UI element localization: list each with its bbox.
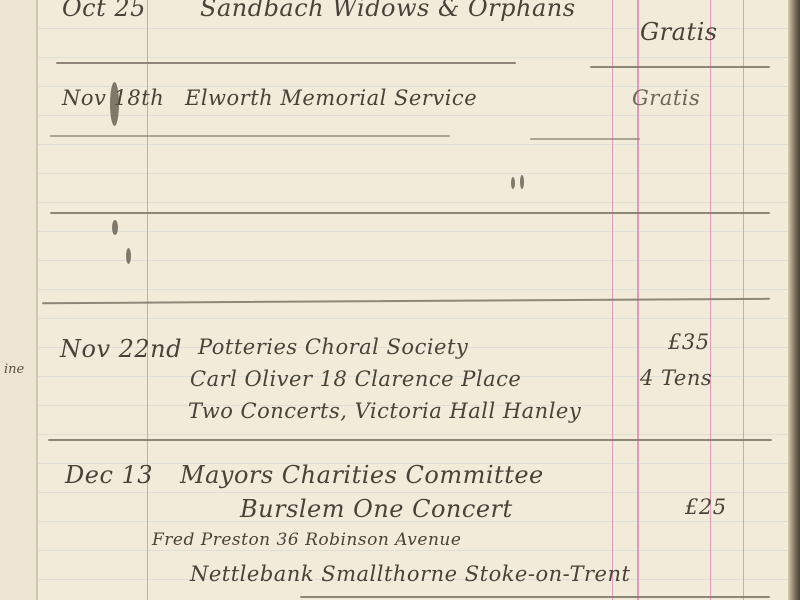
entry-separator bbox=[530, 138, 640, 140]
entry-separator bbox=[56, 62, 516, 64]
entry-fee: Gratis bbox=[640, 18, 718, 46]
entry-description-line: Carl Oliver 18 Clarence Place bbox=[190, 367, 521, 391]
entry-description-line: Two Concerts, Victoria Hall Hanley bbox=[188, 399, 581, 423]
ink-blot bbox=[110, 82, 119, 126]
entry-separator bbox=[300, 596, 770, 598]
ink-mark bbox=[520, 175, 524, 189]
ledger-page: ine Oct 25 Sandbach Widows & Orphans Gra… bbox=[0, 0, 800, 600]
entry-fee-note: 4 Tens bbox=[640, 366, 712, 390]
ink-blot bbox=[112, 220, 118, 235]
entry-separator bbox=[50, 212, 770, 214]
ink-blot bbox=[126, 248, 131, 264]
entry-separator bbox=[42, 298, 770, 304]
entry-description: Sandbach Widows & Orphans bbox=[200, 0, 576, 22]
pence-column-rule bbox=[743, 0, 744, 600]
entry-fee: £25 bbox=[685, 495, 727, 519]
entry-fee: Gratis bbox=[632, 86, 700, 110]
entry-description-line: Burslem One Concert bbox=[240, 495, 513, 523]
entry-date: Nov 22nd bbox=[60, 335, 182, 363]
entry-description-line: Fred Preston 36 Robinson Avenue bbox=[152, 530, 461, 550]
entry-separator bbox=[590, 66, 770, 68]
entry-date: Dec 13 bbox=[65, 461, 153, 489]
entry-separator bbox=[50, 135, 450, 137]
book-binding-edge bbox=[788, 0, 800, 600]
entry-date: Oct 25 bbox=[62, 0, 146, 22]
entry-separator bbox=[48, 439, 772, 441]
entry-fee: £35 bbox=[668, 330, 710, 354]
margin-fragment: ine bbox=[4, 362, 24, 377]
entry-description-line: Potteries Choral Society bbox=[198, 335, 468, 359]
entry-description-line: Mayors Charities Committee bbox=[180, 461, 544, 489]
entry-description-line: Nettlebank Smallthorne Stoke-on-Trent bbox=[190, 562, 630, 586]
ink-mark bbox=[511, 177, 515, 189]
facing-page-edge: ine bbox=[0, 0, 38, 600]
entry-description: Elworth Memorial Service bbox=[185, 86, 477, 110]
